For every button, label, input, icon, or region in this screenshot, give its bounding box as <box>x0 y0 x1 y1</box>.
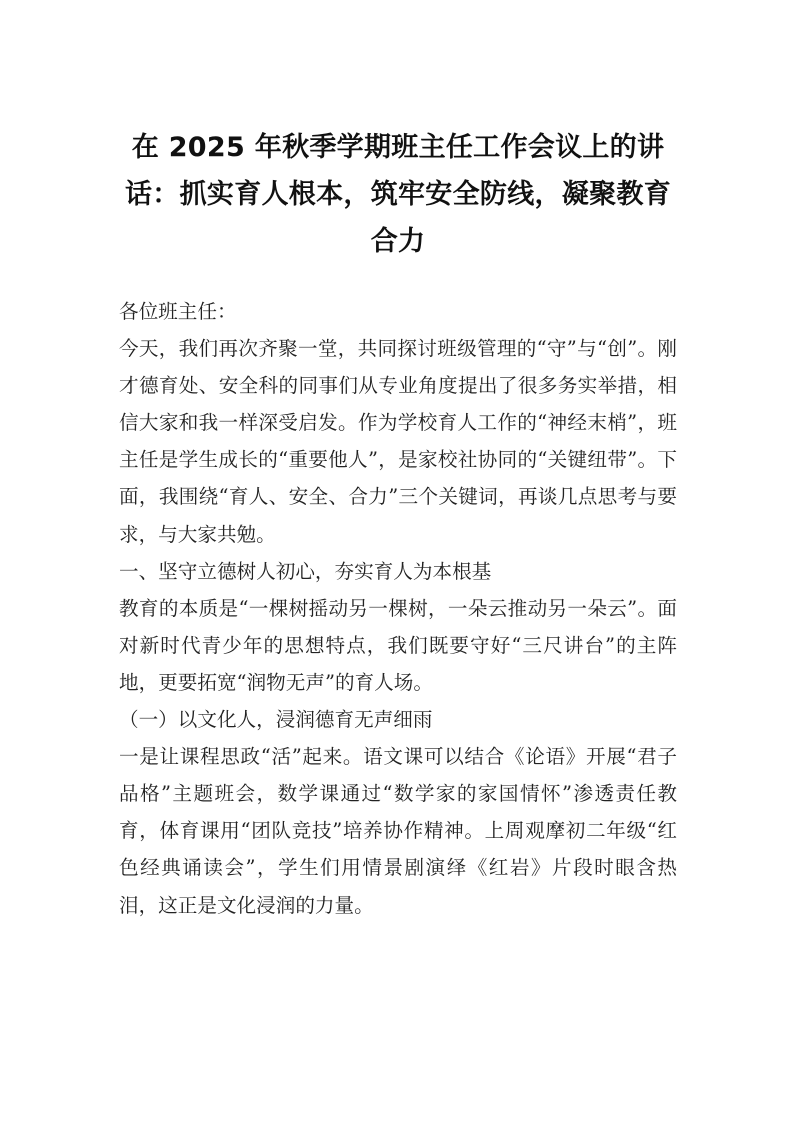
section-1-paragraph: 教育的本质是“一棵树摇动另一棵树，一朵云推动另一朵云”。面对新时代青少年的思想特… <box>119 590 677 701</box>
intro-paragraph: 今天，我们再次齐聚一堂，共同探讨班级管理的“守”与“创”。刚才德育处、安全科的同… <box>119 330 677 553</box>
salutation: 各位班主任： <box>119 293 677 330</box>
section-heading-1: 一、坚守立德树人初心，夯实育人为本根基 <box>119 553 677 590</box>
document-body: 各位班主任： 今天，我们再次齐聚一堂，共同探讨班级管理的“守”与“创”。刚才德育… <box>119 293 677 924</box>
document-title: 在 2025 年秋季学期班主任工作会议上的讲话：抓实育人根本，筑牢安全防线，凝聚… <box>118 124 678 265</box>
subsection-1-paragraph: 一是让课程思政“活”起来。语文课可以结合《论语》开展“君子品格”主题班会，数学课… <box>119 738 677 923</box>
document-page: 在 2025 年秋季学期班主任工作会议上的讲话：抓实育人根本，筑牢安全防线，凝聚… <box>0 0 793 1122</box>
subsection-heading-1: （一）以文化人，浸润德育无声细雨 <box>119 701 677 738</box>
